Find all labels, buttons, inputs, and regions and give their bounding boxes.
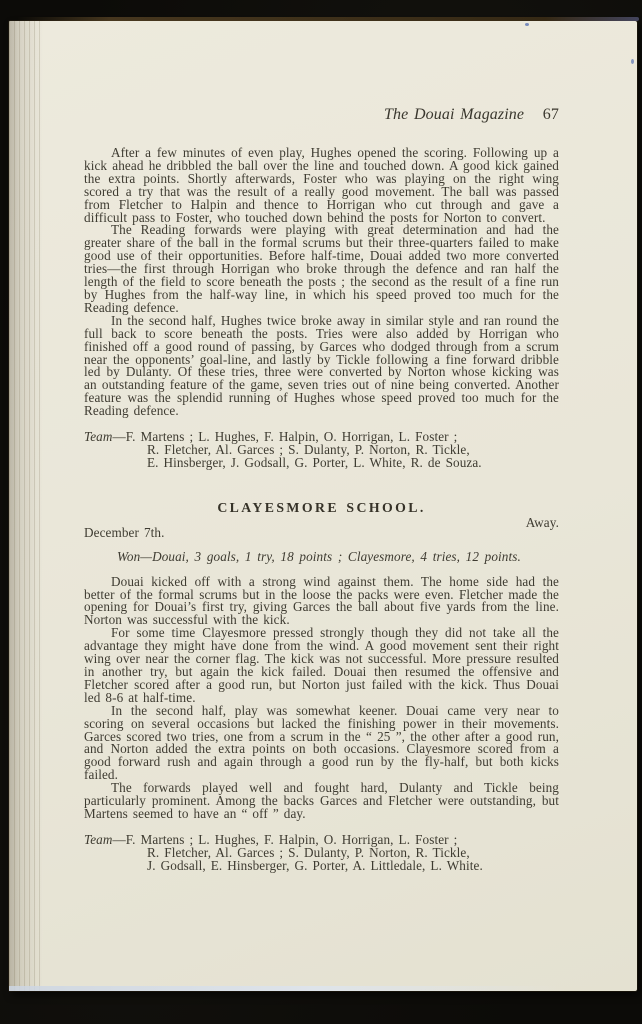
paragraph: For some time Clayesmore pressed strongl… xyxy=(84,627,559,704)
match-date: December 7th. xyxy=(84,527,165,540)
team-label: Team xyxy=(84,832,113,847)
clayesmore-match-report: CLAYESMORE SCHOOL. December 7th. Away. W… xyxy=(84,500,559,873)
match-venue: Away. xyxy=(526,517,559,530)
ink-speck xyxy=(525,23,529,26)
paragraph: In the second half, play was somewhat ke… xyxy=(84,705,559,782)
page-edge-bottom xyxy=(9,986,567,991)
team-line: J. Godsall, E. Hinsberger, G. Porter, A.… xyxy=(84,860,559,873)
paragraph: After a few minutes of even play, Hughes… xyxy=(84,147,559,224)
paragraph: Douai kicked off with a strong wind agai… xyxy=(84,576,559,628)
paragraph: The Reading forwards were playing with g… xyxy=(84,224,559,314)
team-list: Team—F. Martens ; L. Hughes, F. Halpin, … xyxy=(84,431,559,470)
paragraph: The forwards played well and fought hard… xyxy=(84,782,559,821)
ink-speck xyxy=(631,59,634,64)
section-heading: CLAYESMORE SCHOOL. xyxy=(84,500,559,515)
page-number: 67 xyxy=(543,106,559,123)
page-content: The Douai Magazine 67 After a few minute… xyxy=(84,106,559,873)
team-list: Team—F. Martens ; L. Hughes, F. Halpin, … xyxy=(84,834,559,873)
reading-match-report: After a few minutes of even play, Hughes… xyxy=(84,147,559,470)
paragraph: In the second half, Hughes twice broke a… xyxy=(84,315,559,418)
running-header: The Douai Magazine 67 xyxy=(84,106,559,124)
magazine-title: The Douai Magazine xyxy=(384,106,524,123)
team-label: Team xyxy=(84,429,113,444)
match-meta: December 7th. Away. xyxy=(84,517,559,543)
match-result: Won—Douai, 3 goals, 1 try, 18 points ; C… xyxy=(84,551,559,564)
team-line: E. Hinsberger, J. Godsall, G. Porter, L.… xyxy=(84,457,559,470)
book-page: The Douai Magazine 67 After a few minute… xyxy=(9,21,637,991)
page-edge-left xyxy=(9,21,43,991)
